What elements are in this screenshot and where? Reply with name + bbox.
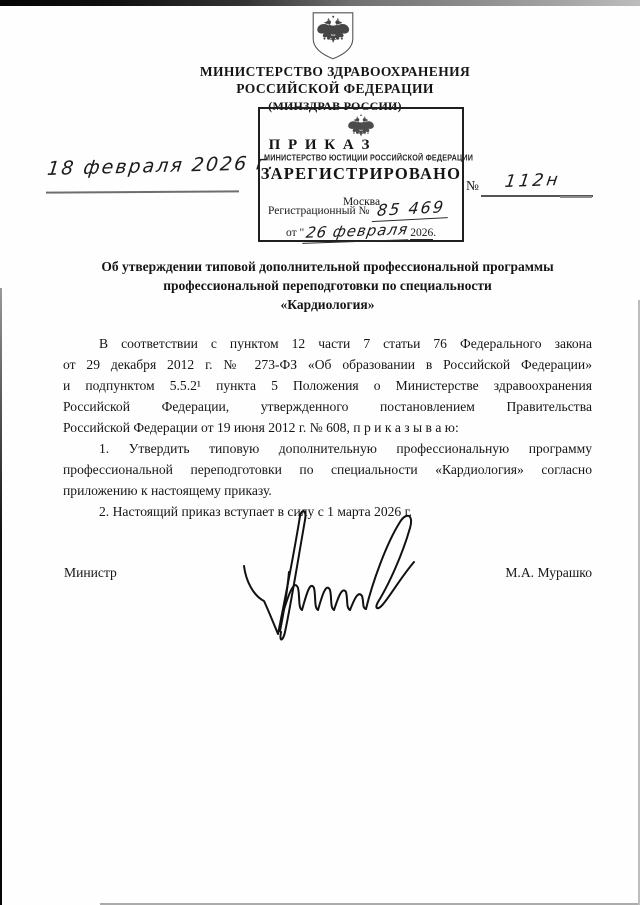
stamp-date-period: . <box>433 227 436 239</box>
minister-signature-autograph-icon <box>230 504 430 652</box>
document-page: МИНИСТЕРСТВО ЗДРАВООХРАНЕНИЯ РОССИЙСКОЙ … <box>0 0 640 905</box>
order-title-line: «Кардиология» <box>63 295 592 314</box>
handwritten-issue-date: 18 февраля 2026 г. <box>46 152 278 180</box>
ministry-name-line2: РОССИЙСКОЙ ФЕДЕРАЦИИ <box>30 81 640 97</box>
order-title: Об утверждении типовой дополнительной пр… <box>63 257 592 314</box>
russia-coat-of-arms-icon <box>306 11 360 61</box>
stamp-ministry-name: МИНИСТЕРСТВО ЮСТИЦИИ РОССИЙСКОЙ ФЕДЕРАЦИ… <box>264 153 458 163</box>
body-line: В соответствии с пунктом 12 части 7 стат… <box>63 333 592 354</box>
stamp-date-year: 2026 <box>410 227 433 240</box>
point-1-paragraph: 1. Утвердить типовую дополнительную проф… <box>63 438 592 501</box>
body-line: приложению к настоящему приказу. <box>63 480 592 501</box>
stamp-date-prefix: от " <box>286 227 304 239</box>
handwritten-registration-date: 26 февраля <box>302 220 412 244</box>
issue-date-underline <box>46 190 239 193</box>
handwritten-registration-number: 85 469 <box>372 197 450 222</box>
stamp-registration-number-line: Регистрационный №85 469 <box>268 199 449 220</box>
stamp-eagle-icon <box>346 111 376 141</box>
ministry-of-justice-registration-stamp: МИНИСТЕРСТВО ЮСТИЦИИ РОССИЙСКОЙ ФЕДЕРАЦИ… <box>258 107 464 242</box>
stamp-registered-label: ЗАРЕГИСТРИРОВАНО <box>260 164 462 185</box>
body-line: Российской Федерации от 19 июня 2012 г. … <box>63 417 592 438</box>
order-title-line: Об утверждении типовой дополнительной пр… <box>63 257 592 276</box>
handwritten-order-number: 112н <box>504 170 562 192</box>
order-title-line: профессиональной переподготовки по специ… <box>63 276 592 295</box>
scan-artifact-left-line <box>0 288 2 905</box>
body-line: Российской Федерации, утвержденного пост… <box>63 396 592 417</box>
intro-paragraph: В соответствии с пунктом 12 части 7 стат… <box>63 333 592 438</box>
body-line: профессиональной переподготовки по специ… <box>63 459 592 480</box>
body-line: и подпунктом 5.5.2¹ пункта 5 Положения о… <box>63 375 592 396</box>
body-line: 1. Утвердить типовую дополнительную проф… <box>63 438 592 459</box>
body-line: от 29 декабря 2012 г. № 273-ФЗ «Об образ… <box>63 354 592 375</box>
signer-position-label: Министр <box>64 565 117 581</box>
stamp-regnum-label: Регистрационный № <box>268 205 369 217</box>
order-number-underline-2 <box>560 196 592 198</box>
scan-artifact-top-bar <box>0 0 640 6</box>
ministry-name-line1: МИНИСТЕРСТВО ЗДРАВООХРАНЕНИЯ <box>30 64 640 80</box>
stamp-registration-date-line: от "26 февраля2026. <box>286 222 436 242</box>
number-sign: № <box>466 178 479 194</box>
signer-name: М.А. Мурашко <box>505 565 592 581</box>
